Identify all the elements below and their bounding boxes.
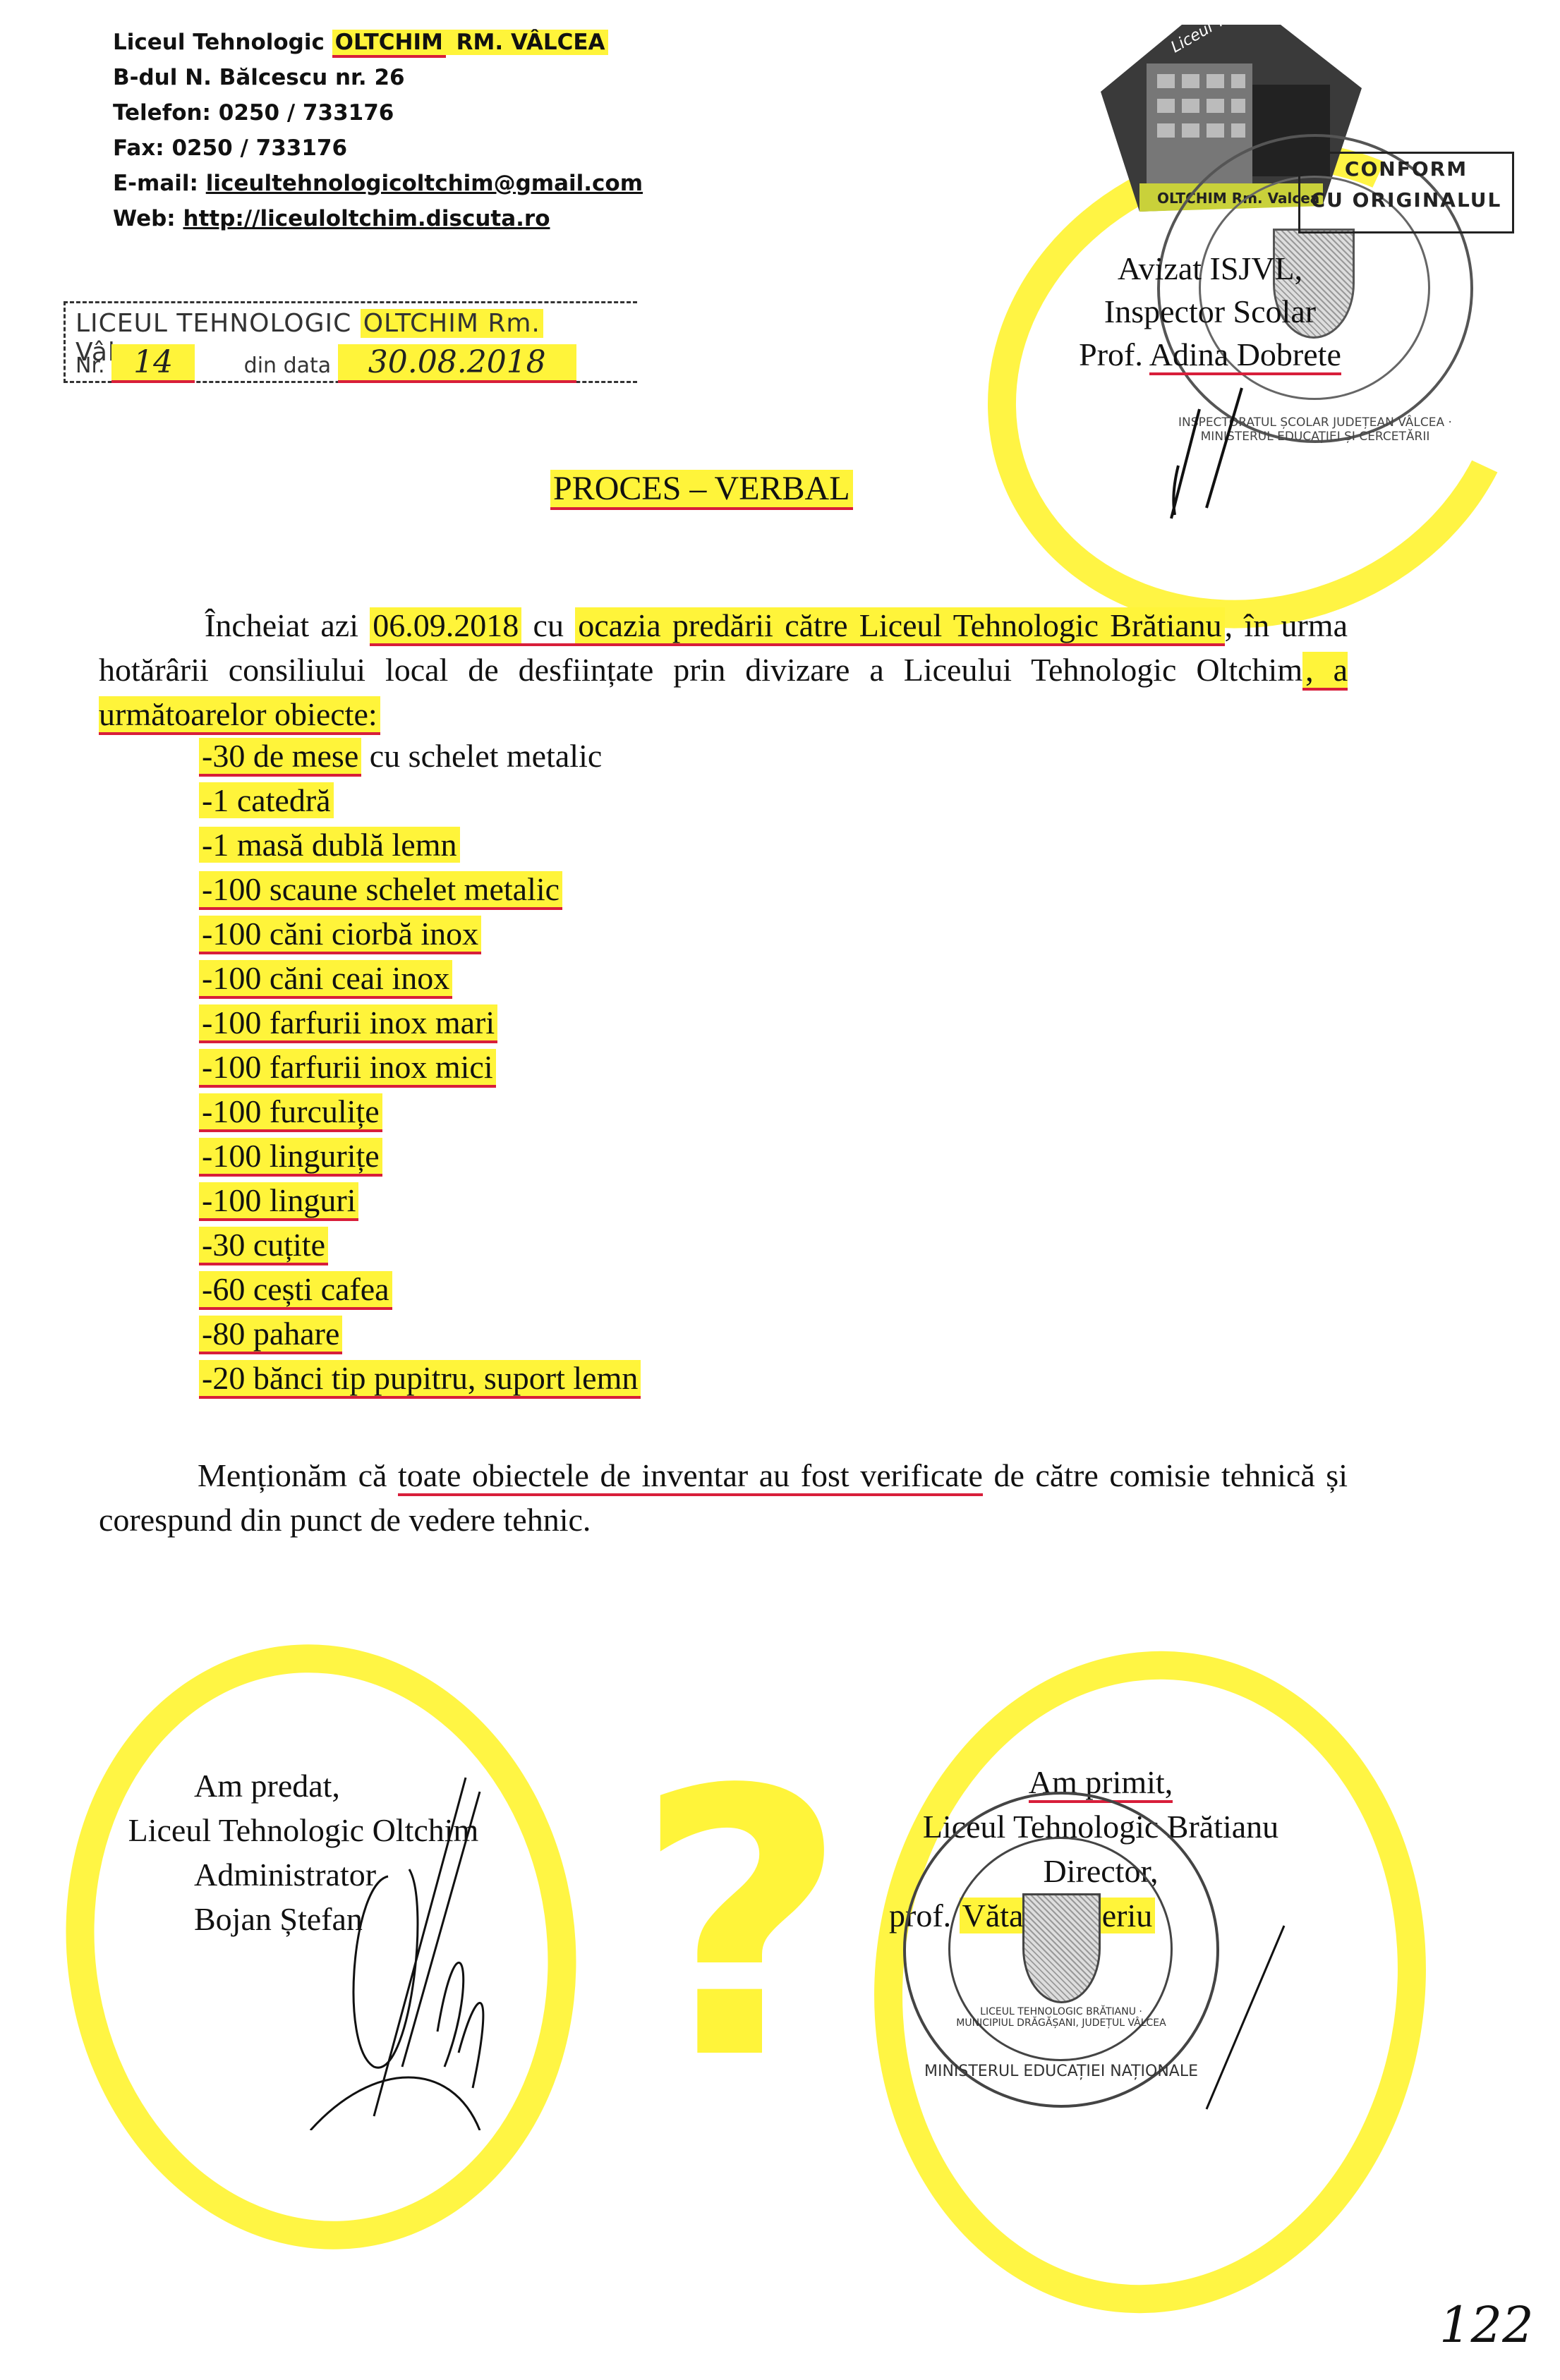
approval-label: Avizat ISJVL, [1044,247,1376,290]
closing-paragraph: Menționăm că toate obiectele de inventar… [99,1453,1348,1542]
registration-date: 30.08.2018 [338,344,576,383]
verification-statement: toate obiectele de inventar au fost veri… [398,1457,983,1496]
list-item: -20 bănci tip pupitru, suport lemn [199,1356,641,1400]
question-mark-annotation: ? [635,1742,848,2109]
list-item: -100 furculițe [199,1089,641,1134]
list-item: -100 scaune schelet metalic [199,867,641,911]
list-item: -80 pahare [199,1311,641,1356]
list-item: -100 linguri [199,1178,641,1222]
approval-name: Prof. Adina Dobrete [1044,333,1376,376]
list-item: -100 farfurii inox mari [199,1000,641,1045]
handed-over-signature-icon [268,1763,522,2130]
registration-number: 14 [111,344,195,383]
list-item: -30 cuțite [199,1222,641,1267]
coat-of-arms-icon [1022,1893,1101,2003]
email-link[interactable]: liceultehnologicoltchim@gmail.com [206,171,643,196]
handover-occasion: ocazia predării către Liceul Tehnologic … [575,607,1224,646]
list-item: -1 masă dublă lemn [199,822,641,867]
school-name-highlight: OLTCHIM [332,30,446,58]
bratianu-round-stamp: MINISTERUL EDUCAȚIEI NAȚIONALE LICEUL TE… [903,1792,1219,2108]
registration-stamp-fields: Nr. 14 din data 30.08.2018 [75,344,576,383]
list-item: -100 farfurii inox mici [199,1045,641,1089]
intro-paragraph: Încheiat azi 06.09.2018 cu ocazia predăr… [99,603,1348,736]
web-link[interactable]: http://liceuloltchim.discuta.ro [183,206,550,231]
list-item: -1 catedră [199,778,641,822]
approval-signature-icon [1157,381,1284,522]
inventory-list: -30 de mese cu schelet metalic -1 catedr… [199,734,641,1400]
conform-cu-originalul-stamp: CONFORM CU ORIGINALUL [1298,152,1514,233]
approval-role: Inspector Scolar [1044,290,1376,333]
letterhead-school-name: Liceul Tehnologic OLTCHIM RM. VÂLCEA [113,25,643,60]
list-item: -60 cești cafea [199,1267,641,1311]
page-number: 122 [1439,2296,1534,2354]
list-item: -100 lingurițe [199,1134,641,1178]
letterhead-address: B-dul N. Bălcescu nr. 26 [113,60,643,95]
letterhead: Liceul Tehnologic OLTCHIM RM. VÂLCEA B-d… [113,25,643,236]
list-item: -100 căni ceai inox [199,956,641,1000]
letterhead-web-row: Web: http://liceuloltchim.discuta.ro [113,201,643,236]
list-item: -100 căni ciorbă inox [199,911,641,956]
document-title: PROCES – VERBAL [550,469,853,508]
registration-stamp: LICEUL TEHNOLOGIC OLTCHIM Rm. Vâlcea Nr.… [64,301,637,383]
list-item: -30 de mese cu schelet metalic [199,734,641,778]
handover-date: 06.09.2018 [370,607,521,646]
letterhead-phone: Telefon: 0250 / 733176 [113,95,643,130]
letterhead-fax: Fax: 0250 / 733176 [113,130,643,166]
approval-block: Avizat ISJVL, Inspector Scolar Prof. Adi… [1044,247,1376,376]
letterhead-email-row: E-mail: liceultehnologicoltchim@gmail.co… [113,166,643,201]
received-signature-icon [1199,1919,1298,2116]
